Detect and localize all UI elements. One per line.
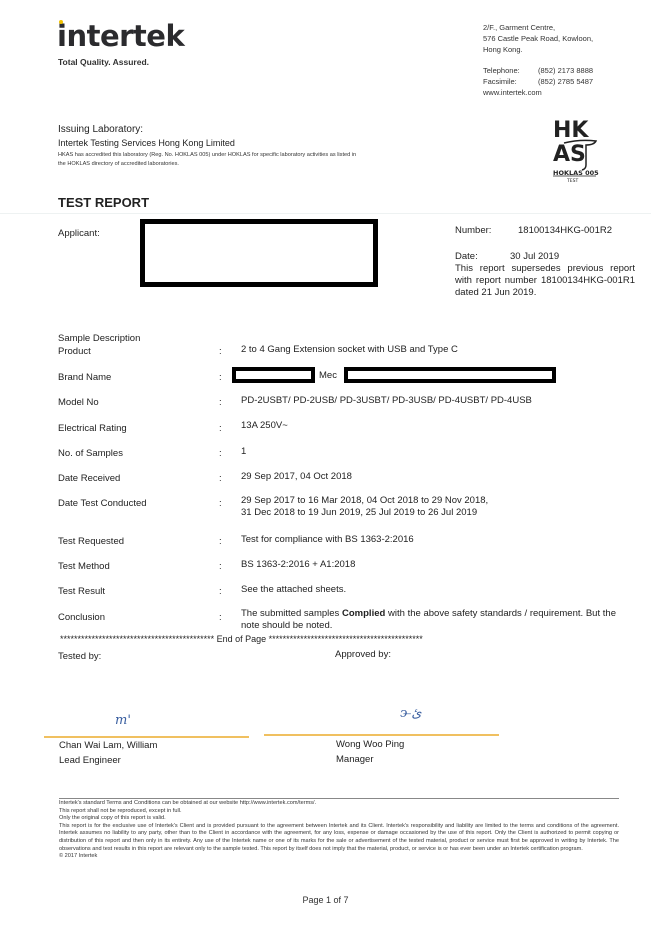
issuing-lab-heading: Issuing Laboratory: [58, 124, 143, 135]
colon: : [219, 397, 222, 408]
colon: : [219, 498, 222, 509]
report-number-label: Number: [455, 225, 518, 237]
colon: : [219, 473, 222, 484]
colon: : [219, 423, 222, 434]
model-label: Model No [58, 397, 99, 408]
report-date-label: Date: [455, 251, 510, 263]
brand-label: Brand Name [58, 372, 111, 383]
received-value: 29 Sep 2017, 04 Oct 2018 [241, 471, 616, 483]
colon: : [219, 586, 222, 597]
address-line: Hong Kong. [483, 44, 593, 55]
brand-redaction-box [232, 367, 315, 383]
conclusion-text: The submitted samples [241, 608, 342, 619]
report-date: 30 Jul 2019 [510, 251, 559, 263]
tester-name: Chan Wai Lam, William [59, 740, 157, 751]
colon: : [219, 561, 222, 572]
svg-text:AS: AS [553, 142, 586, 167]
brand-redaction-box [344, 367, 556, 383]
footer-divider [59, 798, 619, 799]
lab-name: Intertek Testing Services Hong Kong Limi… [58, 138, 235, 148]
brand-visible-text: Mec [319, 370, 337, 381]
footer-paragraph: This report is for the exclusive use of … [59, 823, 619, 853]
facsimile-row: Facsimile: (852) 2785 5487 [483, 76, 593, 87]
telephone-label: Telephone: [483, 65, 538, 76]
address-line: 576 Castle Peak Road, Kowloon, [483, 33, 593, 44]
telephone-row: Telephone: (852) 2173 8888 [483, 65, 593, 76]
colon: : [219, 612, 222, 623]
tester-signature-line [44, 736, 249, 738]
colon: : [219, 536, 222, 547]
logo-text: intertek [57, 19, 184, 53]
applicant-redaction-box [140, 219, 378, 287]
colon: : [219, 448, 222, 459]
product-value: 2 to 4 Gang Extension socket with USB an… [241, 344, 616, 356]
conducted-label: Date Test Conducted [58, 498, 147, 509]
samples-value: 1 [241, 446, 616, 458]
approver-signature-line [264, 734, 499, 736]
svg-text:HK: HK [553, 118, 589, 143]
website-link[interactable]: www.intertek.com [483, 87, 593, 98]
requested-label: Test Requested [58, 536, 124, 547]
conclusion-verdict: Complied [342, 608, 385, 619]
tagline: Total Quality. Assured. [58, 57, 149, 67]
method-label: Test Method [58, 561, 110, 572]
logo-dot-icon [59, 20, 63, 24]
approved-by-label: Approved by: [335, 649, 391, 660]
svg-text:TEST: TEST [566, 178, 578, 184]
requested-value: Test for compliance with BS 1363-2:2016 [241, 534, 616, 546]
report-info: Number: 18100134HKG-001R2 Date: 30 Jul 2… [455, 225, 635, 299]
tester-title: Lead Engineer [59, 755, 121, 766]
telephone-value: (852) 2173 8888 [538, 65, 593, 76]
conclusion-value: The submitted samples Complied with the … [241, 608, 616, 632]
colon: : [219, 372, 222, 383]
conducted-line: 29 Sep 2017 to 16 Mar 2018, 04 Oct 2018 … [241, 495, 616, 507]
copyright: © 2017 Intertek [59, 853, 619, 861]
model-value: PD-2USBT/ PD-2USB/ PD-3USBT/ PD-3USB/ PD… [241, 395, 616, 407]
title-divider [0, 213, 651, 214]
rating-label: Electrical Rating [58, 423, 127, 434]
colon: : [219, 346, 222, 357]
page-number: Page 1 of 7 [0, 895, 651, 905]
report-number-row: Number: 18100134HKG-001R2 [455, 225, 635, 237]
conducted-line: 31 Dec 2018 to 19 Jun 2019, 25 Jul 2019 … [241, 507, 616, 519]
rating-value: 13A 250V~ [241, 420, 616, 432]
intertek-logo: intertek [57, 22, 184, 51]
report-date-row: Date: 30 Jul 2019 [455, 251, 635, 263]
accreditation-note: HKAS has accredited this laboratory (Reg… [58, 151, 358, 169]
footer-line: Only the original copy of this report is… [59, 815, 619, 823]
facsimile-label: Facsimile: [483, 76, 538, 87]
terms-link[interactable]: Intertek's standard Terms and Conditions… [59, 800, 619, 808]
received-label: Date Received [58, 473, 120, 484]
address-line: 2/F., Garment Centre, [483, 22, 593, 33]
address-block: 2/F., Garment Centre, 576 Castle Peak Ro… [483, 22, 593, 98]
footer-line: This report shall not be reproduced, exc… [59, 808, 619, 816]
sample-description-label: Sample Description [58, 333, 140, 344]
report-title: TEST REPORT [58, 195, 149, 210]
result-label: Test Result [58, 586, 105, 597]
end-of-page-marker: ****************************************… [60, 634, 423, 644]
facsimile-value: (852) 2785 5487 [538, 76, 593, 87]
conducted-value: 29 Sep 2017 to 16 Mar 2018, 04 Oct 2018 … [241, 495, 616, 519]
report-number: 18100134HKG-001R2 [518, 225, 612, 237]
result-value: See the attached sheets. [241, 584, 616, 596]
hkas-accreditation-mark-icon: HK AS HOKLAS 005 TEST [550, 115, 600, 190]
conclusion-label: Conclusion [58, 612, 105, 623]
approver-signature: ↄ ̶ئ [400, 706, 422, 721]
tester-signature: m' [115, 713, 131, 728]
product-label: Product [58, 346, 91, 357]
method-value: BS 1363-2:2016 + A1:2018 [241, 559, 616, 571]
footer-disclaimer: Intertek's standard Terms and Conditions… [59, 800, 619, 861]
applicant-label: Applicant: [58, 228, 100, 239]
approver-name: Wong Woo Ping [336, 739, 404, 750]
samples-label: No. of Samples [58, 448, 123, 459]
supersede-note: This report supersedes previous report w… [455, 263, 635, 299]
tested-by-label: Tested by: [58, 651, 101, 662]
approver-title: Manager [336, 754, 374, 765]
